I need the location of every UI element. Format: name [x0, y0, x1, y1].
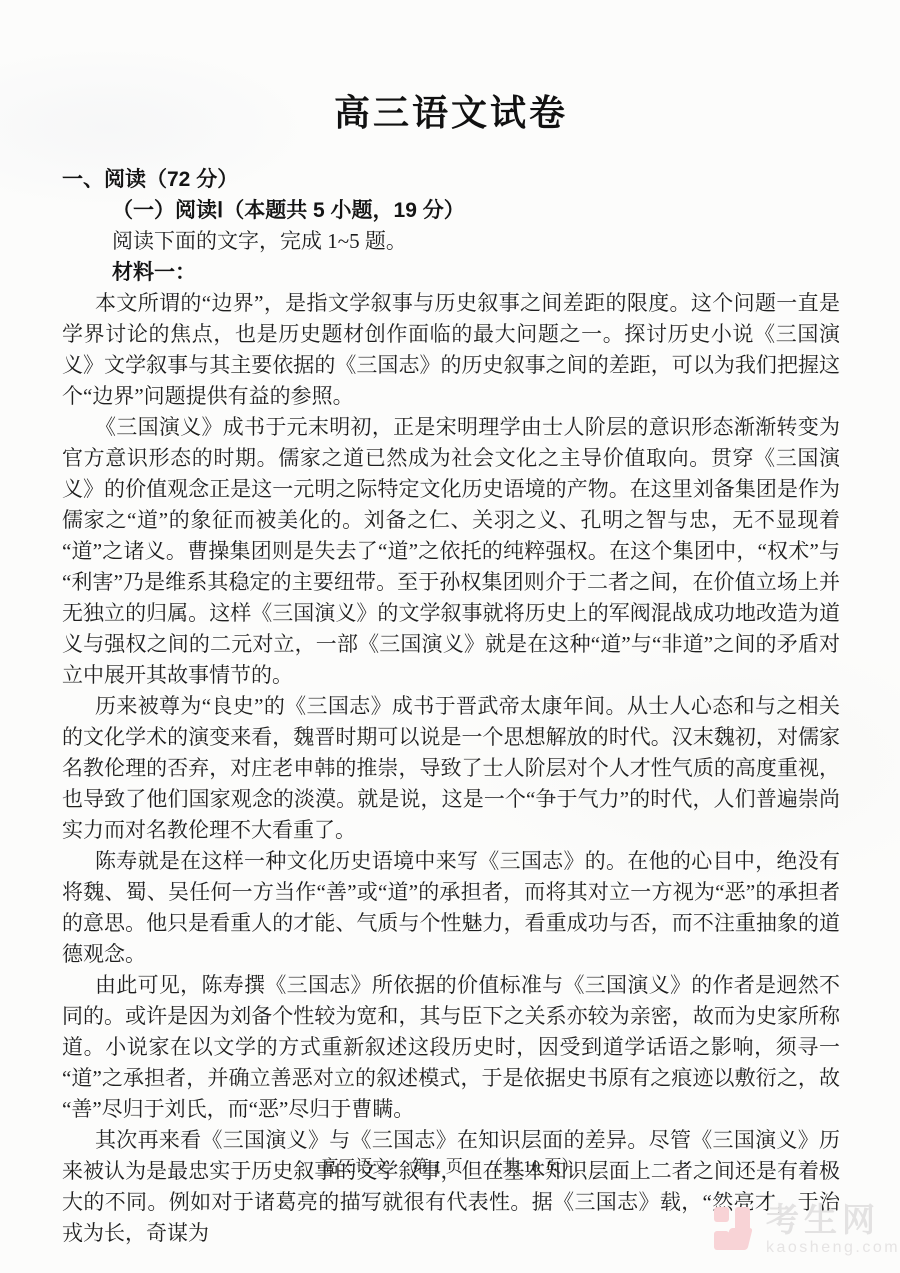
kaosheng-logo-icon — [714, 1202, 754, 1252]
body-paragraph-2: 《三国演义》成书于元末明初，正是宋明理学由士人阶层的意识形态渐渐转变为官方意识形… — [62, 412, 840, 691]
part-heading-reading-1: （一）阅读Ⅰ（本题共 5 小题，19 分） — [62, 195, 840, 226]
material-one-label: 材料一： — [62, 257, 840, 288]
body-paragraph-4: 陈寿就是在这样一种文化历史语境中来写《三国志》的。在他的心目中，绝没有将魏、蜀、… — [62, 846, 840, 970]
footer-page-number: 第 1 页 — [412, 1157, 463, 1176]
scanned-exam-page: 高三语文试卷 一、阅读（72 分） （一）阅读Ⅰ（本题共 5 小题，19 分） … — [0, 0, 900, 1273]
reading-instruction: 阅读下面的文字，完成 1~5 题。 — [62, 226, 840, 257]
page-title: 高三语文试卷 — [62, 90, 840, 136]
footer-doc-name: 高三语文 — [322, 1157, 390, 1176]
document-body: 高三语文试卷 一、阅读（72 分） （一）阅读Ⅰ（本题共 5 小题，19 分） … — [62, 90, 840, 1249]
watermark-text: 考生网 kaosheng.com — [766, 1202, 900, 1257]
body-paragraph-5: 由此可见，陈寿撰《三国志》所依据的价值标准与《三国演义》的作者是迥然不同的。或许… — [62, 970, 840, 1125]
body-paragraph-1: 本文所谓的“边界”，是指文学叙事与历史叙事之间差距的限度。这个问题一直是学界讨论… — [62, 288, 840, 412]
watermark-site-name: 考生网 — [766, 1202, 900, 1238]
footer-total-pages: （共 10 页） — [485, 1157, 579, 1176]
section-heading-reading: 一、阅读（72 分） — [62, 164, 840, 195]
watermark-site-domain: kaosheng.com — [766, 1239, 900, 1257]
body-paragraph-3: 历来被尊为“良史”的《三国志》成书于晋武帝太康年间。从士人心态和与之相关的文化学… — [62, 691, 840, 846]
kaosheng-watermark: 考生网 kaosheng.com — [714, 1202, 900, 1257]
page-footer: 高三语文 第 1 页 （共 10 页） — [0, 1152, 900, 1177]
